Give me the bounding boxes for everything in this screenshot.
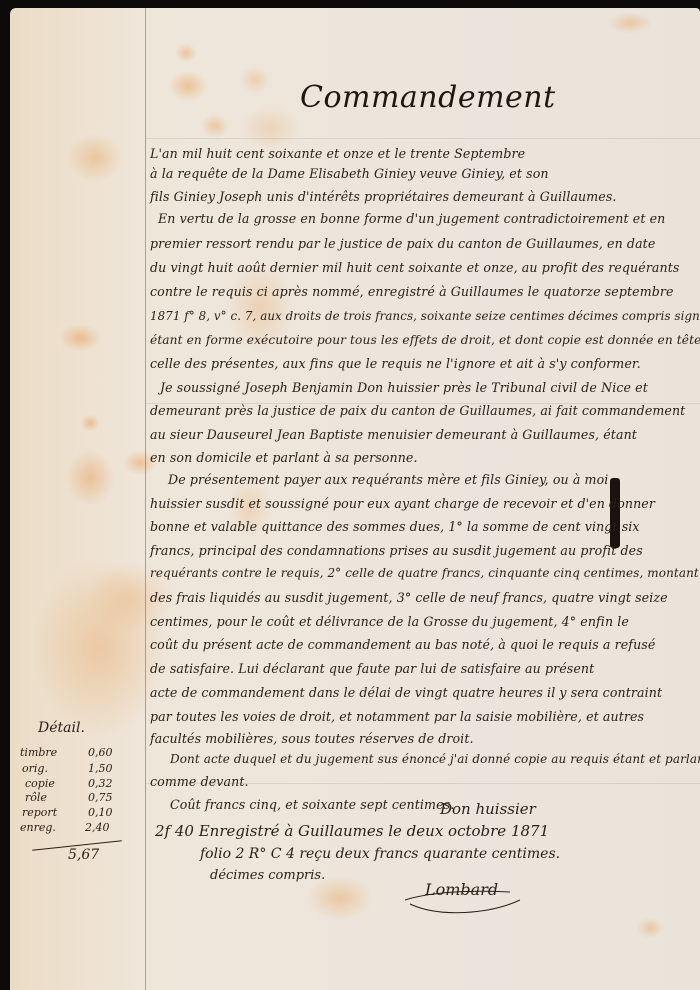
detail-value: 2,40 bbox=[85, 821, 110, 834]
text-line: par toutes les voies de droit, et notamm… bbox=[150, 709, 644, 724]
signature-flourish-icon bbox=[400, 870, 530, 920]
text-line: Dont acte duquel et du jugement sus énon… bbox=[170, 752, 700, 766]
text-line: au sieur Dauseurel Jean Baptiste menuisi… bbox=[150, 427, 637, 442]
text-line: bonne et valable quittance des sommes du… bbox=[150, 519, 640, 534]
text-line: De présentement payer aux requérants mèr… bbox=[168, 472, 608, 487]
burn-hole bbox=[610, 478, 620, 548]
text-line: des frais liquidés au susdit jugement, 3… bbox=[150, 590, 668, 605]
text-line: acte de commandement dans le délai de vi… bbox=[150, 685, 662, 700]
text-line: étant en forme exécutoire pour tous les … bbox=[150, 333, 700, 347]
margin-line bbox=[145, 8, 146, 990]
detail-heading: Détail. bbox=[38, 720, 85, 736]
detail-value: 0,32 bbox=[88, 777, 113, 790]
text-line: demeurant près la justice de paix du can… bbox=[150, 403, 685, 418]
text-line: de satisfaire. Lui déclarant que faute p… bbox=[150, 661, 594, 676]
registration-line: folio 2 R° C 4 reçu deux francs quarante… bbox=[200, 846, 560, 862]
text-line: du vingt huit août dernier mil huit cent… bbox=[150, 260, 679, 275]
detail-total: 5,67 bbox=[68, 847, 99, 863]
cost-line: Coût francs cinq, et soixante sept centi… bbox=[170, 797, 454, 812]
text-line: requérants contre le requis, 2° celle de… bbox=[150, 566, 699, 580]
text-line: En vertu de la grosse en bonne forme d'u… bbox=[158, 211, 665, 226]
text-line: premier ressort rendu par le justice de … bbox=[150, 236, 655, 251]
text-line: facultés mobilières, sous toutes réserve… bbox=[150, 731, 474, 746]
registration-line: décimes compris. bbox=[210, 868, 325, 883]
detail-value: 1,50 bbox=[88, 762, 113, 775]
text-line: coût du présent acte de commandement au … bbox=[150, 637, 655, 652]
ruled-line bbox=[145, 138, 700, 139]
detail-label: copie bbox=[25, 777, 55, 790]
document-title: Commandement bbox=[300, 80, 556, 115]
text-line: celle des présentes, aux fins que le req… bbox=[150, 356, 641, 371]
text-line: à la requête de la Dame Elisabeth Giniey… bbox=[150, 166, 549, 181]
registration-line: 2f 40 Enregistré à Guillaumes le deux oc… bbox=[155, 822, 549, 840]
text-line: comme devant. bbox=[150, 774, 249, 789]
detail-label: enreg. bbox=[20, 821, 56, 834]
text-line: en son domicile et parlant à sa personne… bbox=[150, 450, 418, 465]
text-line: contre le requis ci après nommé, enregis… bbox=[150, 284, 674, 299]
date-line: L'an mil huit cent soixante et onze et l… bbox=[150, 146, 525, 161]
text-line: Je soussigné Joseph Benjamin Don huissie… bbox=[160, 380, 648, 395]
text-line: francs, principal des condamnations pris… bbox=[150, 543, 643, 558]
detail-label: orig. bbox=[22, 762, 48, 775]
detail-label: report bbox=[22, 806, 57, 819]
detail-value: 0,75 bbox=[88, 791, 113, 804]
text-line: fils Giniey Joseph unis d'intérêts propr… bbox=[150, 189, 617, 204]
text-line: centimes, pour le coût et délivrance de … bbox=[150, 614, 629, 629]
detail-value: 0,10 bbox=[88, 806, 113, 819]
bailiff-signature: Don huissier bbox=[440, 800, 536, 818]
text-line: huissier susdit et soussigné pour eux ay… bbox=[150, 496, 655, 511]
text-line: 1871 f° 8, v° c. 7, aux droits de trois … bbox=[150, 309, 700, 323]
detail-label: rôle bbox=[25, 791, 47, 804]
detail-label: timbre bbox=[20, 746, 57, 759]
detail-value: 0,60 bbox=[88, 746, 113, 759]
